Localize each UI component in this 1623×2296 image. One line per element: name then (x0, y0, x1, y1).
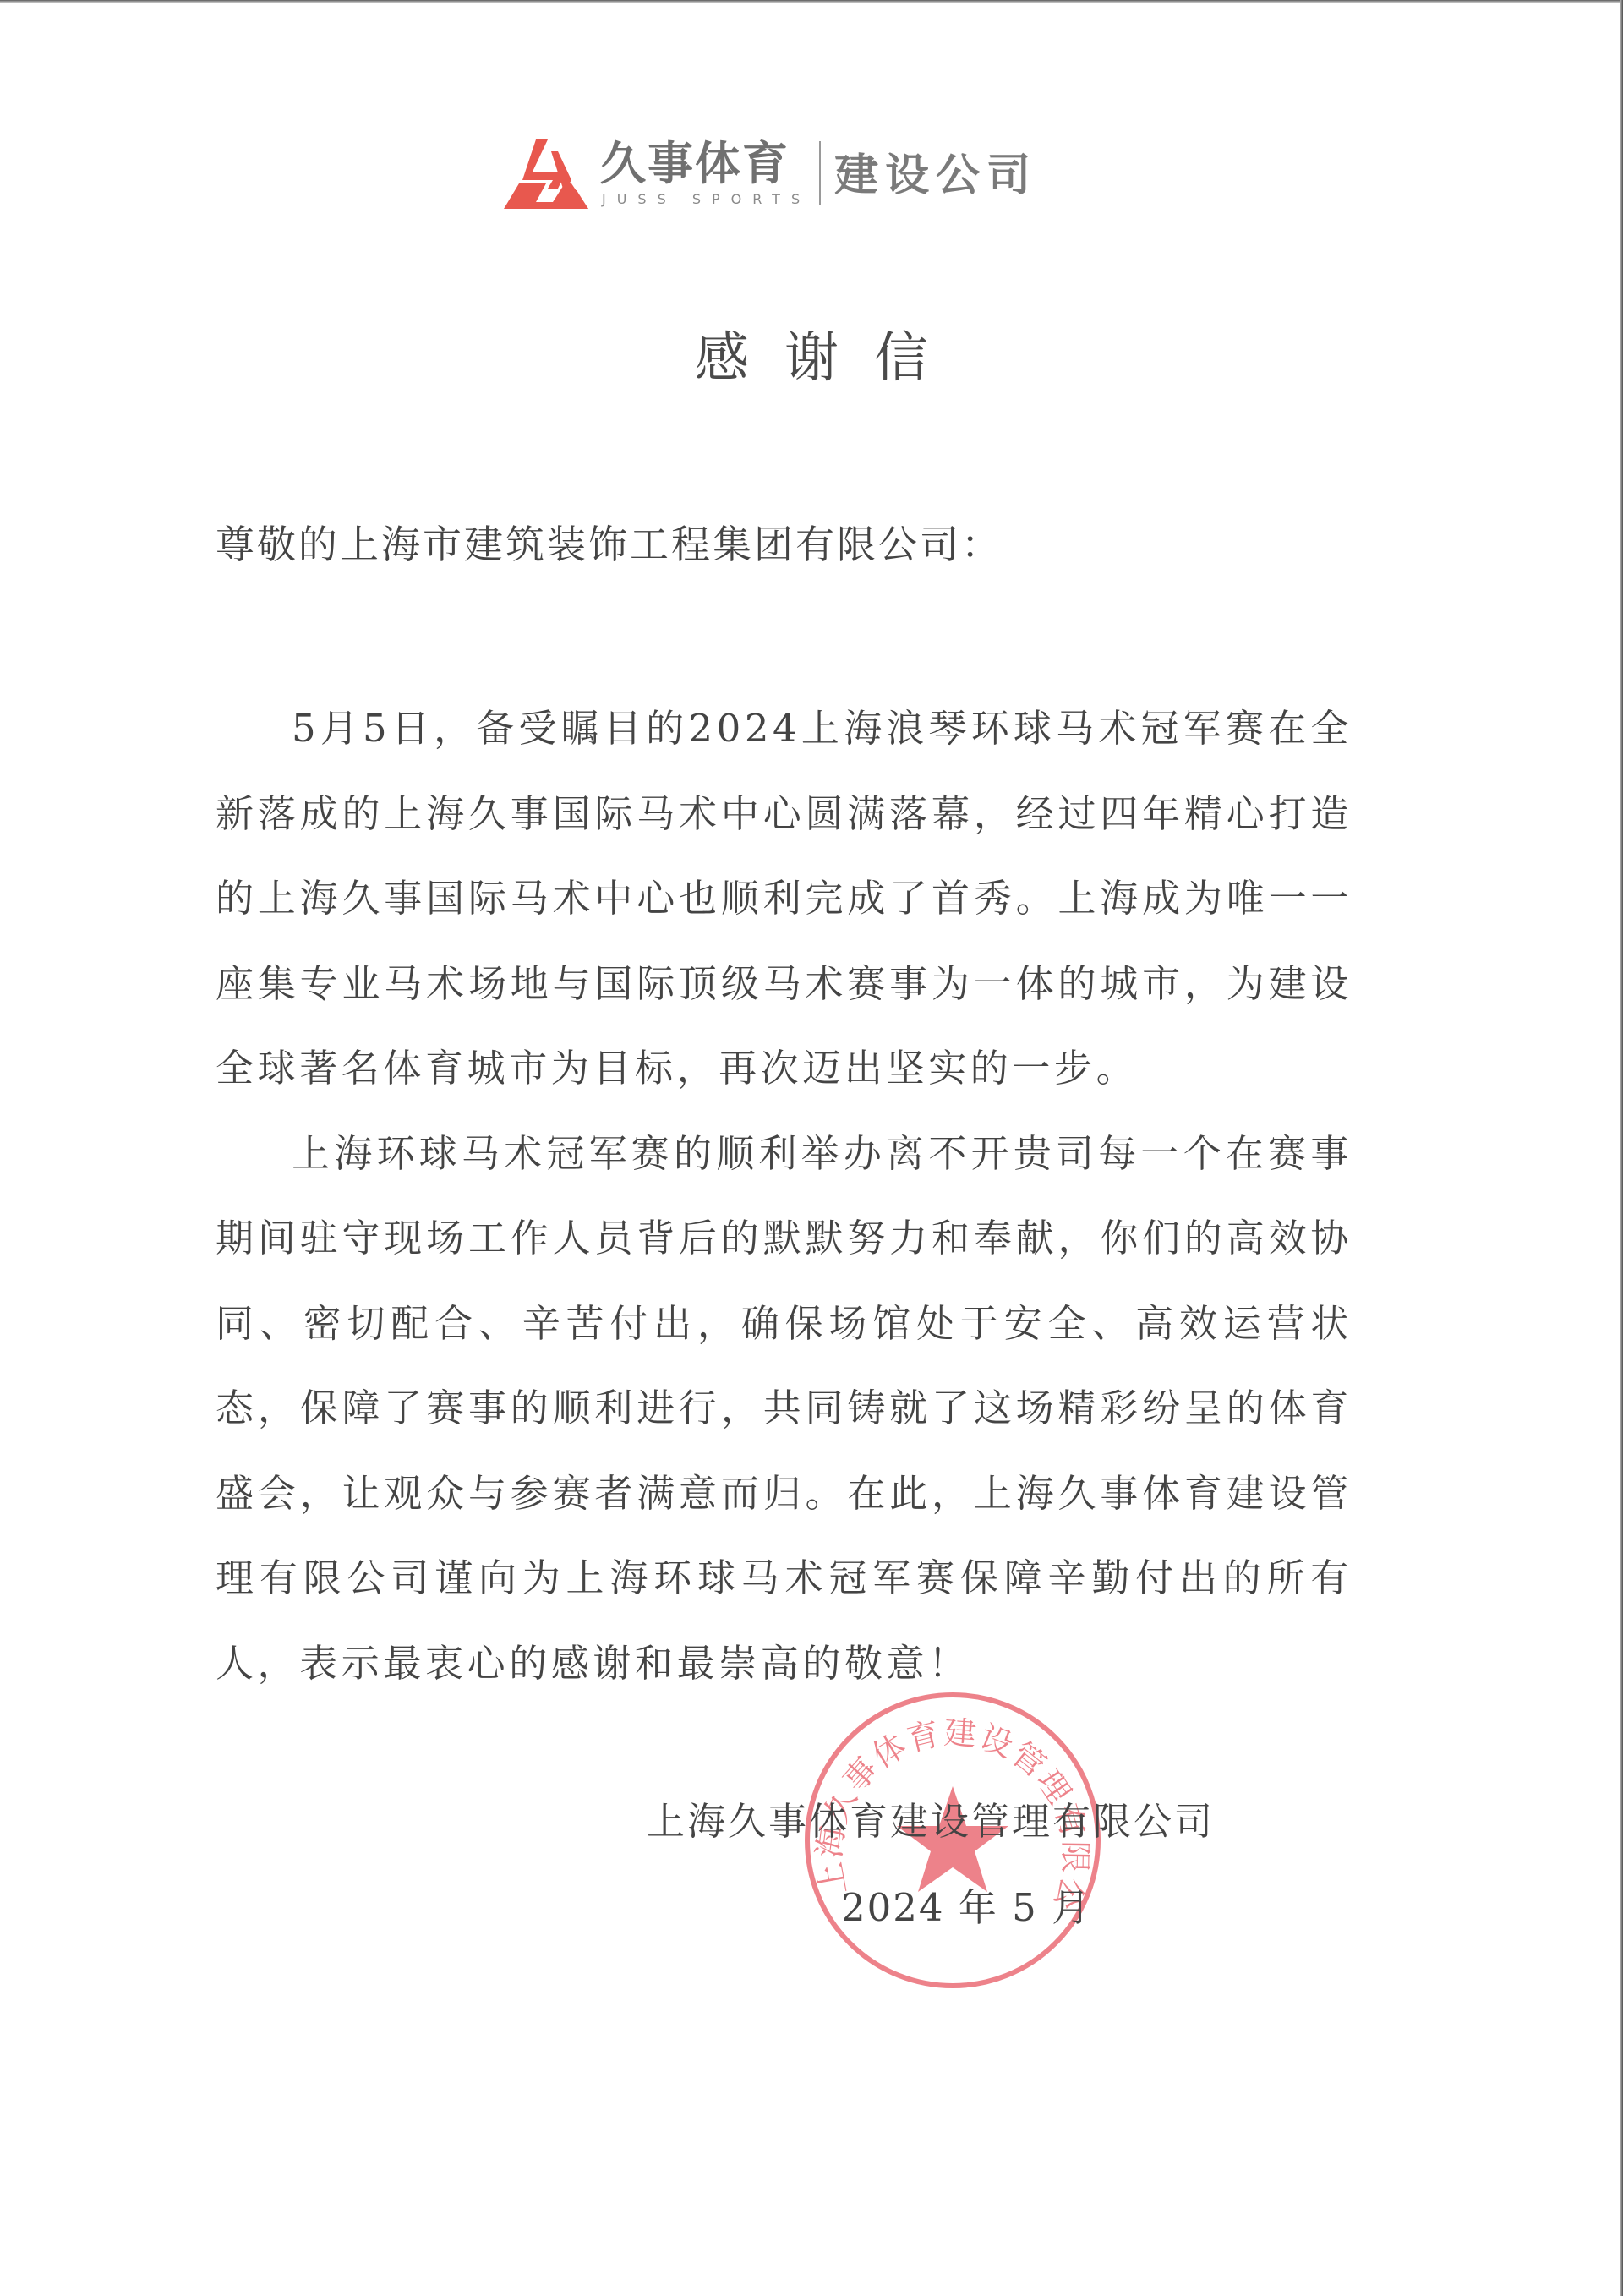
brand-name-cn: 久事体育 (600, 138, 811, 190)
juss-sports-logo-icon (499, 134, 593, 212)
salutation: 尊敬的上海市建筑装饰工程集团有限公司： (216, 514, 1003, 570)
letter-title: 感谢信 (0, 314, 1623, 392)
signature-company: 上海久事体育建设管理有限公司 (647, 1790, 1215, 1845)
scan-edge-top (0, 0, 1623, 3)
brand-name-en: JUSS SPORTS (602, 190, 811, 209)
letterhead: 久事体育 JUSS SPORTS 建设公司 (499, 131, 1037, 216)
body-paragraph: 5月5日，备受瞩目的2024上海浪琴环球马术冠军赛在全新落成的上海久事国际马术中… (216, 686, 1352, 1112)
brand-name-block: 久事体育 JUSS SPORTS (600, 138, 811, 209)
signature-date: 2024 年 5 月 (841, 1877, 1091, 1932)
brand-divider (819, 141, 821, 205)
body-paragraph: 上海环球马术冠军赛的顺利举办离不开贵司每一个在赛事期间驻守现场工作人员背后的默默… (216, 1112, 1352, 1707)
letter-body: 5月5日，备受瞩目的2024上海浪琴环球马术冠军赛在全新落成的上海久事国际马术中… (216, 686, 1352, 1706)
division-name: 建设公司 (834, 139, 1037, 203)
